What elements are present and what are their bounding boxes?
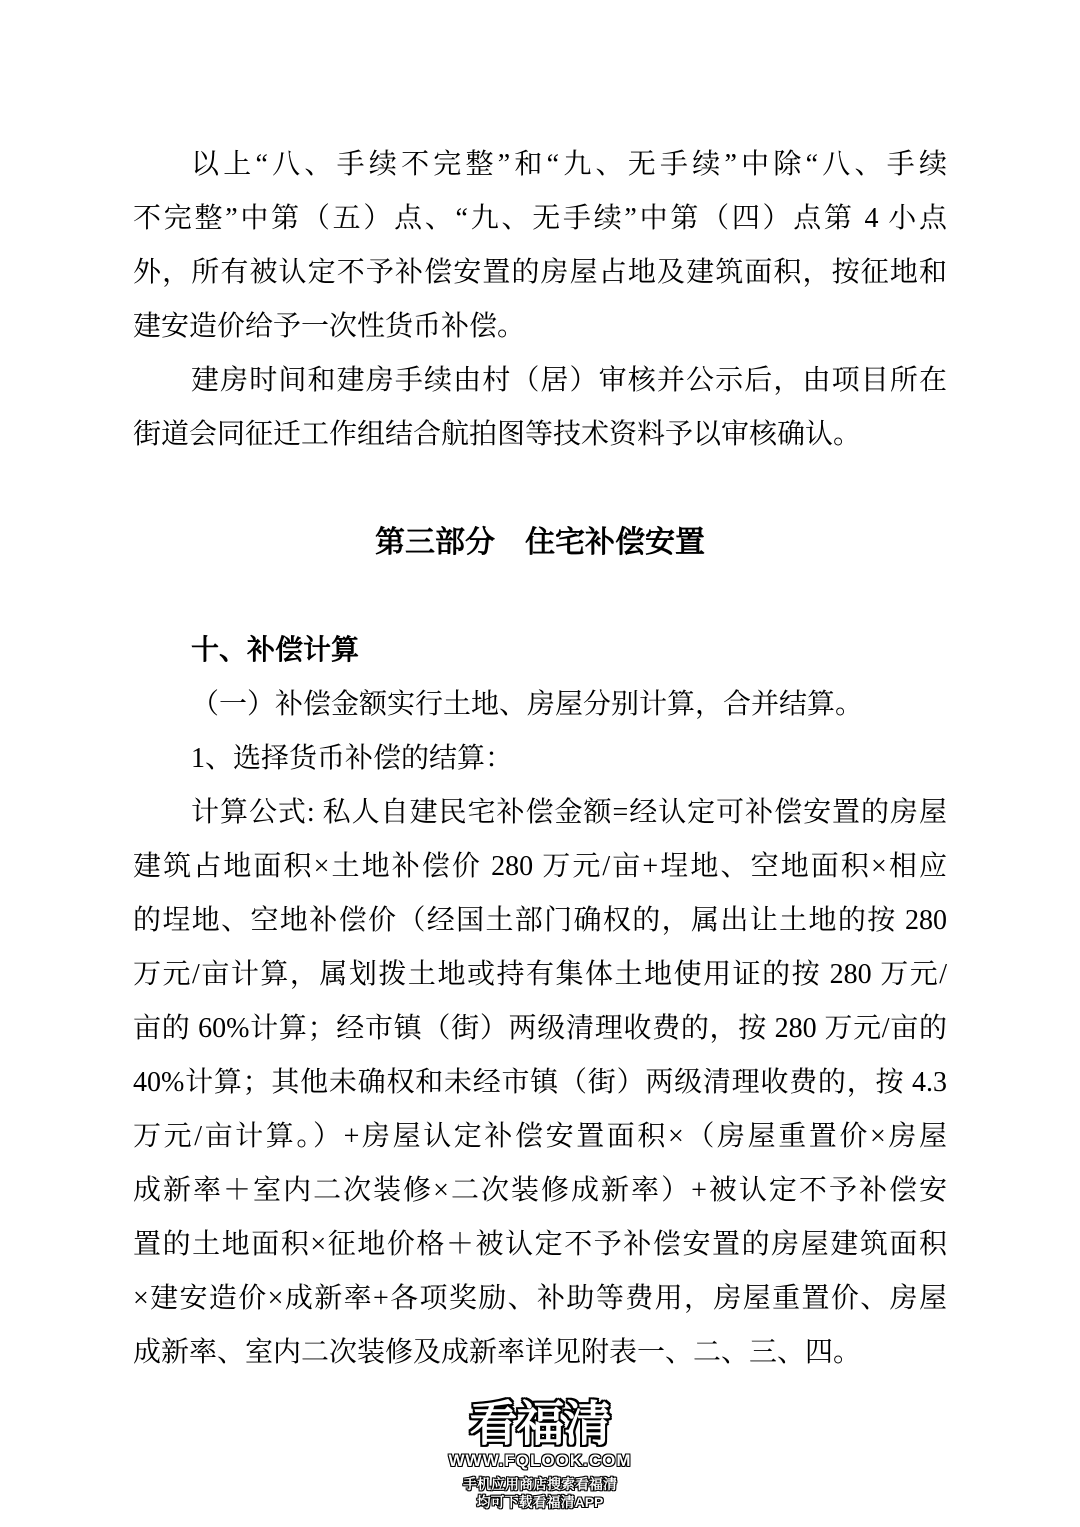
paragraph-line: 计算公式: 私人自建民宅补偿金额=经认定可补偿安置的房屋 <box>133 786 947 840</box>
paragraph-line: 置的土地面积×征地价格＋被认定不予补偿安置的房屋建筑面积 <box>133 1218 947 1272</box>
paragraph-line: 不完整”中第（五）点、“九、无手续”中第（四）点第 4 小点 <box>133 192 947 246</box>
paragraph-line: 以上“八、手续不完整”和“九、无手续”中除“八、手续 <box>133 138 947 192</box>
paragraph-line: 成新率＋室内二次装修×二次装修成新率）+被认定不予补偿安 <box>133 1164 947 1218</box>
paragraph-line: 的埕地、空地补偿价（经国土部门确权的，属出让土地的按 280 <box>133 894 947 948</box>
list-item-line: （一）补偿金额实行土地、房屋分别计算，合并结算。 <box>133 678 947 732</box>
paragraph-line: 建房时间和建房手续由村（居）审核并公示后，由项目所在 <box>133 354 947 408</box>
section-heading: 十、补偿计算 <box>133 624 947 678</box>
watermark-tagline-2: 均可下载看福清APP <box>0 1495 1080 1509</box>
document-body: 以上“八、手续不完整”和“九、无手续”中除“八、手续 不完整”中第（五）点、“九… <box>133 138 947 1380</box>
part-heading: 第三部分 住宅补偿安置 <box>133 516 947 570</box>
paragraph-line: 万元/亩计算，属划拨土地或持有集体土地使用证的按 280 万元/ <box>133 948 947 1002</box>
paragraph-line: 亩的 60%计算；经市镇（街）两级清理收费的，按 280 万元/亩的 <box>133 1002 947 1056</box>
list-item-line: 1、选择货币补偿的结算： <box>133 732 947 786</box>
paragraph-line: 建筑占地面积×土地补偿价 280 万元/亩+埕地、空地面积×相应 <box>133 840 947 894</box>
paragraph-line: 外，所有被认定不予补偿安置的房屋占地及建筑面积，按征地和 <box>133 246 947 300</box>
blank-line <box>133 570 947 624</box>
paragraph-line: 40%计算；其他未确权和未经市镇（街）两级清理收费的，按 4.3 <box>133 1056 947 1110</box>
watermark-tagline-1: 手机应用商店搜索看福清 <box>0 1477 1080 1491</box>
paragraph-line: 成新率、室内二次装修及成新率详见附表一、二、三、四。 <box>133 1326 947 1380</box>
watermark: 看福清 WWW.FQLOOK.COM 手机应用商店搜索看福清 均可下载看福清AP… <box>0 1401 1080 1509</box>
watermark-logo-text: 看福清 <box>0 1401 1080 1449</box>
document-page: 以上“八、手续不完整”和“九、无手续”中除“八、手续 不完整”中第（五）点、“九… <box>0 0 1080 1527</box>
paragraph-line: 街道会同征迁工作组结合航拍图等技术资料予以审核确认。 <box>133 408 947 462</box>
watermark-url: WWW.FQLOOK.COM <box>0 1452 1080 1469</box>
paragraph-line: 建安造价给予一次性货币补偿。 <box>133 300 947 354</box>
paragraph-line: ×建安造价×成新率+各项奖励、补助等费用，房屋重置价、房屋 <box>133 1272 947 1326</box>
paragraph-line: 万元/亩计算。）+房屋认定补偿安置面积×（房屋重置价×房屋 <box>133 1110 947 1164</box>
blank-line <box>133 462 947 516</box>
